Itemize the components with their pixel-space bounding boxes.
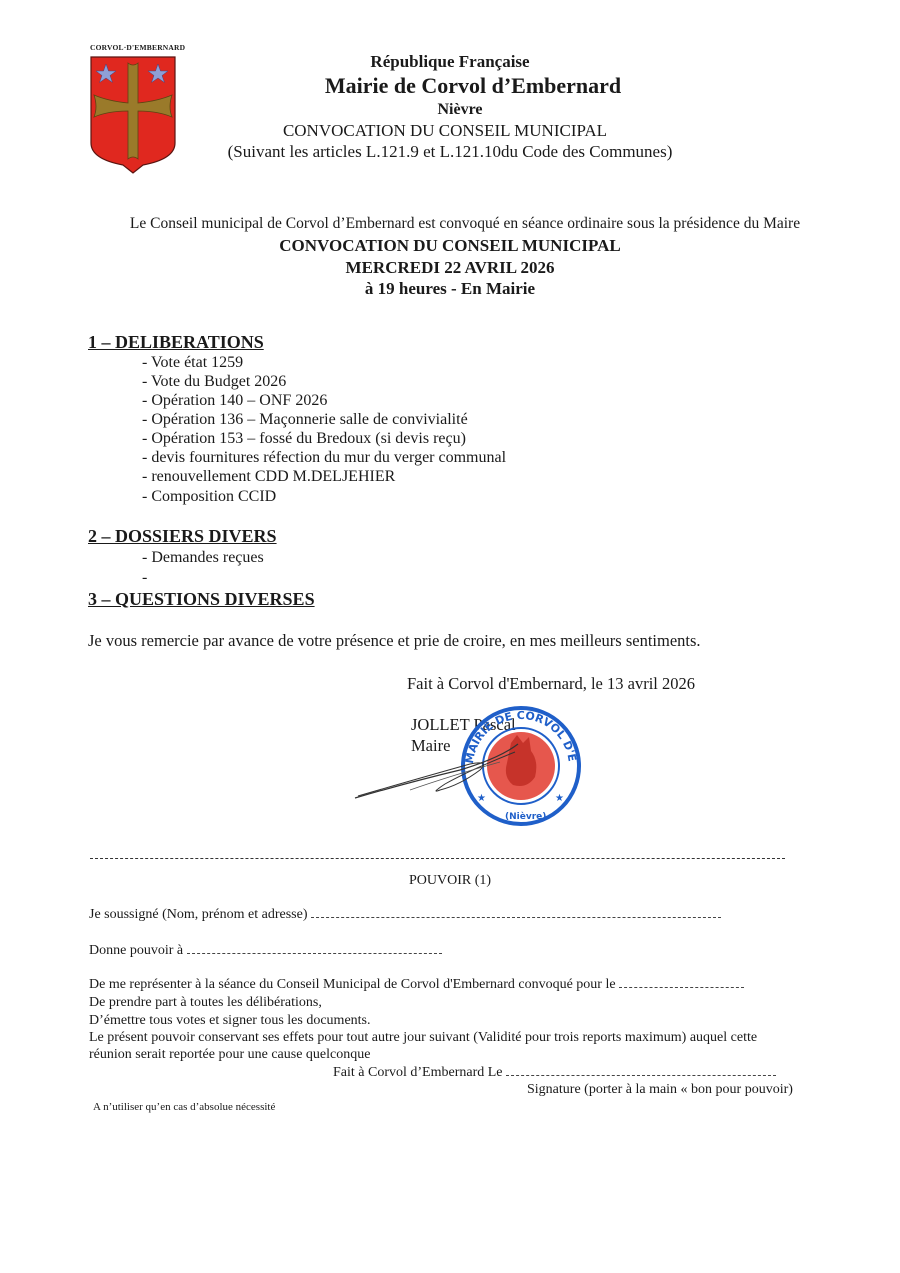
pouvoir-date-field[interactable] xyxy=(506,1065,776,1076)
header-departement: Nièvre xyxy=(300,101,620,119)
represent-label: De me représenter à la séance du Conseil… xyxy=(89,977,616,992)
section-dossiers-title: 2 – DOSSIERS DIVERS xyxy=(88,526,277,547)
handwritten-signature-icon xyxy=(350,740,520,810)
donne-pouvoir-field[interactable] xyxy=(187,943,442,954)
soussigne-field[interactable] xyxy=(311,907,721,918)
pouvoir-line-2: De prendre part à toutes les délibératio… xyxy=(89,995,322,1011)
pouvoir-fait-label: Fait à Corvol d’Embernard Le xyxy=(333,1065,503,1080)
closing-text: Je vous remercie par avance de votre pré… xyxy=(88,631,701,651)
agenda-item: - xyxy=(142,568,147,587)
meeting-date-field[interactable] xyxy=(619,977,744,988)
meeting-date: MERCREDI 22 AVRIL 2026 xyxy=(200,258,700,278)
signature-instruction: Signature (porter à la main « bon pour p… xyxy=(527,1082,793,1098)
crest-caption: CORVOL·D'EMBERNARD xyxy=(90,43,185,52)
agenda-item: - Opération 140 – ONF 2026 xyxy=(142,391,327,410)
agenda-item: - Vote du Budget 2026 xyxy=(142,372,286,391)
pouvoir-title: POUVOIR (1) xyxy=(300,873,600,889)
meeting-time-place: à 19 heures - En Mairie xyxy=(200,279,700,299)
header-convocation: CONVOCATION DU CONSEIL MUNICIPAL xyxy=(230,121,660,141)
svg-text:★: ★ xyxy=(555,793,564,804)
signature-place-date: Fait à Corvol d'Embernard, le 13 avril 2… xyxy=(407,674,695,694)
intro-text: Le Conseil municipal de Corvol d’Emberna… xyxy=(40,215,890,233)
pouvoir-line-4: Le présent pouvoir conservant ses effets… xyxy=(89,1030,757,1046)
svg-text:(Nièvre): (Nièvre) xyxy=(505,811,546,822)
section-questions-title: 3 – QUESTIONS DIVERSES xyxy=(88,589,315,610)
soussigne-row: Je soussigné (Nom, prénom et adresse) xyxy=(89,907,721,923)
agenda-item: - devis fournitures réfection du mur du … xyxy=(142,448,506,467)
header-mairie: Mairie de Corvol d’Embernard xyxy=(248,73,698,99)
meeting-title: CONVOCATION DU CONSEIL MUNICIPAL xyxy=(200,236,700,256)
coat-of-arms-icon xyxy=(88,55,178,175)
usage-note: A n’utiliser qu’en cas d’absolue nécessi… xyxy=(93,1101,275,1113)
agenda-item: - Composition CCID xyxy=(142,487,276,506)
agenda-item: - Opération 153 – fossé du Bredoux (si d… xyxy=(142,429,466,448)
donne-pouvoir-row: Donne pouvoir à xyxy=(89,943,442,959)
pouvoir-line-3: D’émettre tous votes et signer tous les … xyxy=(89,1013,371,1029)
agenda-item: - Demandes reçues xyxy=(142,548,264,567)
agenda-item: - Opération 136 – Maçonnerie salle de co… xyxy=(142,410,468,429)
pouvoir-fait-row: Fait à Corvol d’Embernard Le xyxy=(333,1065,776,1081)
soussigne-label: Je soussigné (Nom, prénom et adresse) xyxy=(89,907,308,922)
agenda-item: - renouvellement CDD M.DELJEHIER xyxy=(142,467,395,486)
agenda-item: - Vote état 1259 xyxy=(142,353,243,372)
header-articles: (Suivant les articles L.121.9 et L.121.1… xyxy=(200,142,700,162)
pouvoir-line-5: réunion serait reportée pour une cause q… xyxy=(89,1047,370,1063)
header-republique: République Française xyxy=(300,52,600,72)
section-deliberations-title: 1 – DELIBERATIONS xyxy=(88,332,264,353)
donne-pouvoir-label: Donne pouvoir à xyxy=(89,943,183,958)
cut-line-divider xyxy=(90,858,785,859)
represent-row: De me représenter à la séance du Conseil… xyxy=(89,977,744,993)
